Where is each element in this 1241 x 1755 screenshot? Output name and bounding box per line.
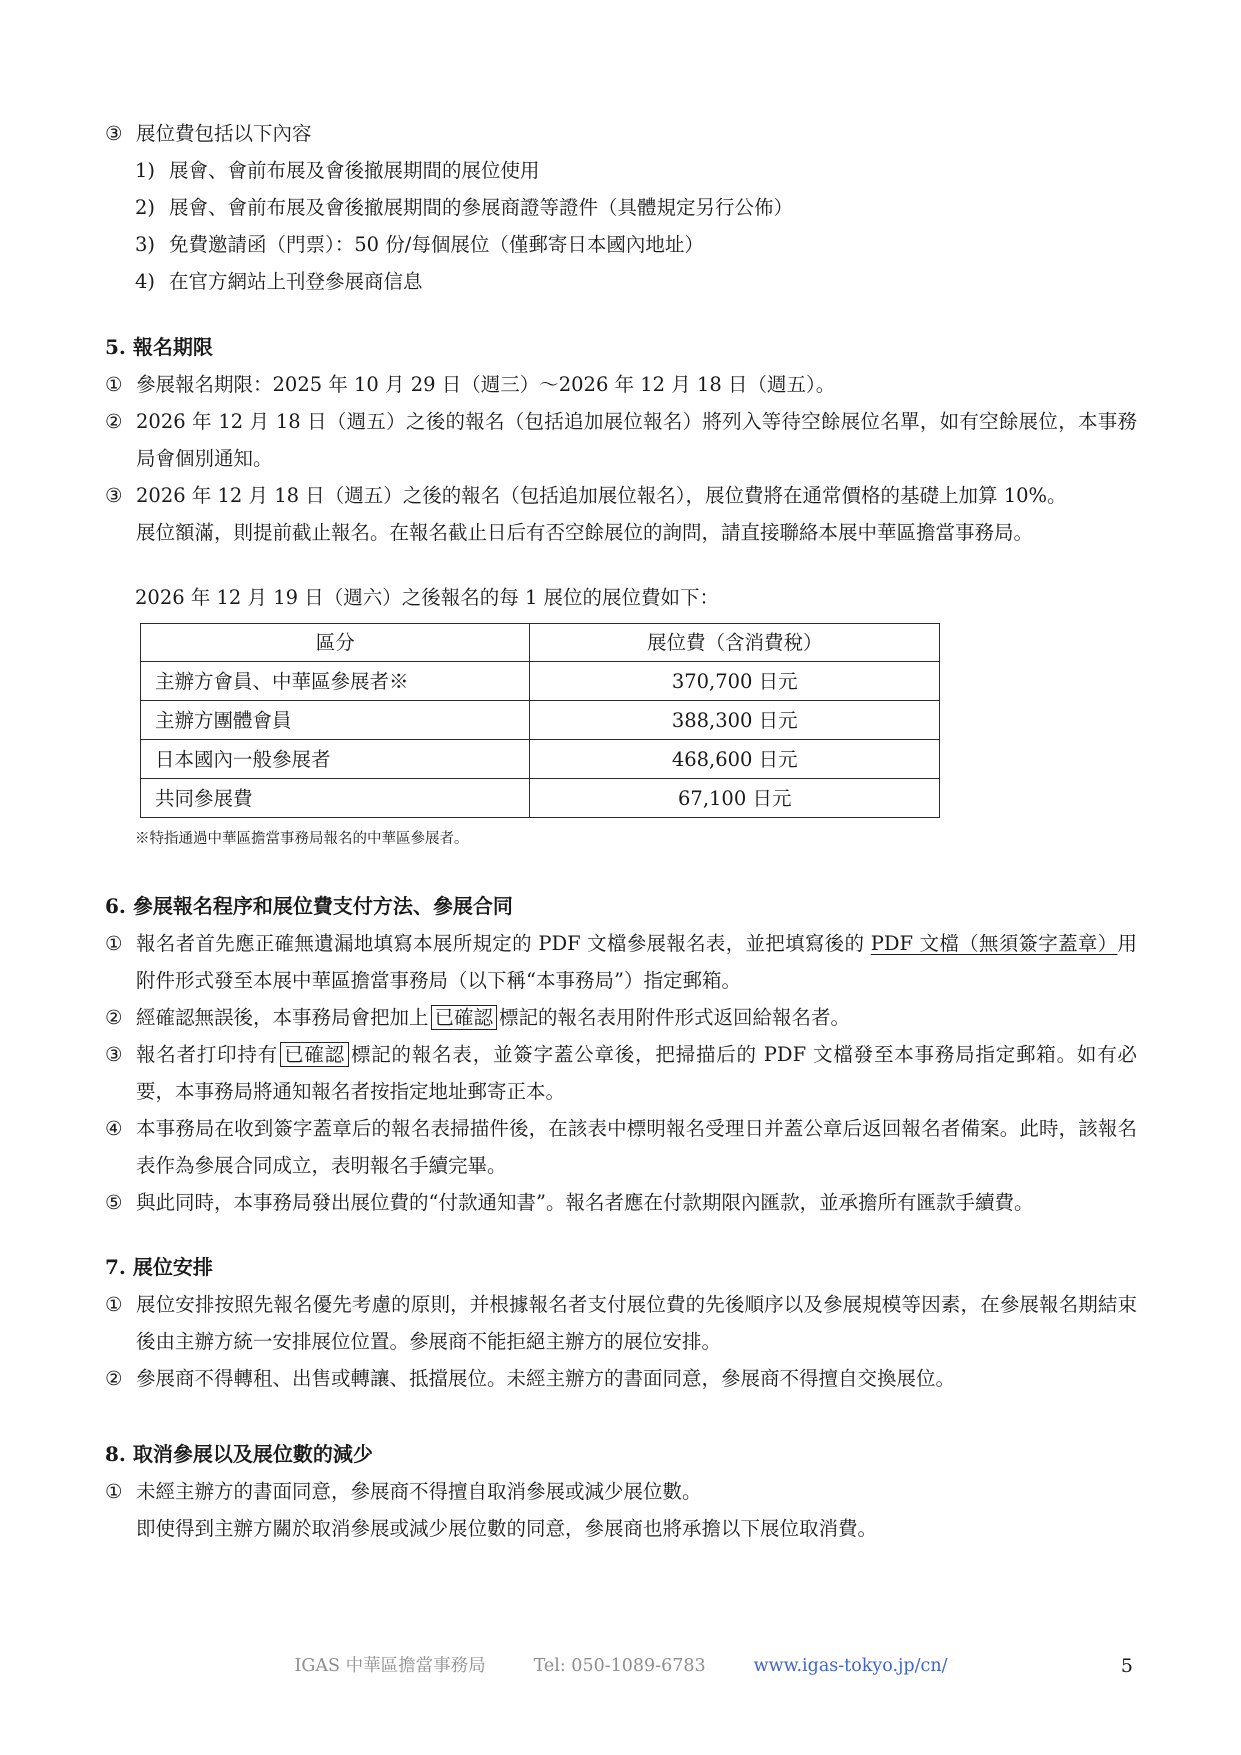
table-row: 主辦方會員、中華區參展者※ 370,700 日元 — [141, 662, 940, 701]
list-marker: 3) — [135, 226, 155, 263]
page-footer: IGAS 中華區擔當事務局 Tel: 050-1089-6783 www.iga… — [105, 1648, 1137, 1685]
circled-number-marker: ③ — [105, 1036, 122, 1073]
confirmed-stamp-box: 已確認 — [280, 1042, 349, 1067]
section-7-heading: 7. 展位安排 — [105, 1249, 1137, 1286]
list-item-text: 展會、會前布展及會後撤展期間的參展商證等證件（具體規定另行公佈） — [169, 196, 793, 219]
table-header-fee: 展位費（含消費稅） — [530, 624, 940, 662]
table-row: 共同參展費 67,100 日元 — [141, 779, 940, 818]
list-marker: 4) — [135, 263, 155, 300]
list-item: 3) 免費邀請函（門票）：50 份/每個展位（僅郵寄日本國內地址） — [135, 226, 1137, 263]
section-6-heading: 6. 參展報名程序和展位費支付方法、參展合同 — [105, 888, 1137, 925]
section-7-item-1: ① 展位安排按照先報名優先考慮的原則，并根據報名者支付展位費的先後順序以及參展規… — [105, 1286, 1137, 1360]
table-cell-fee: 370,700 日元 — [530, 662, 940, 701]
section-6-item-2-pre: 經確認無誤後，本事務局會把加上 — [136, 1006, 429, 1029]
section-8-item-1: ① 未經主辦方的書面同意，參展商不得擅自取消參展或減少展位數。 — [105, 1473, 1137, 1510]
section-6-item-1-pre: 報名者首先應正確無遺漏地填寫本展所規定的 PDF 文檔參展報名表，並把填寫後的 — [136, 932, 871, 955]
page-number: 5 — [1121, 1648, 1133, 1685]
table-header-category: 區分 — [141, 624, 530, 662]
fee-table-caption: 2026 年 12 月 19 日（週六）之後報名的每 1 展位的展位費如下： — [135, 579, 1137, 616]
section-5-extra-note: 展位額滿，則提前截止報名。在報名截止日后有否空餘展位的詢問，請直接聯絡本展中華區… — [105, 514, 1137, 551]
footer-website-link[interactable]: www.igas-tokyo.jp/cn/ — [754, 1648, 948, 1685]
list-item-text: 在官方網站上刊登參展商信息 — [169, 270, 423, 293]
circled-number-marker: ⑤ — [105, 1184, 122, 1221]
list-marker: 2) — [135, 189, 155, 226]
footer-office-name: IGAS 中華區擔當事務局 — [294, 1648, 485, 1685]
circled-number-marker: ① — [105, 1286, 122, 1323]
section-8-item-1-text: 未經主辦方的書面同意，參展商不得擅自取消參展或減少展位數。 — [136, 1480, 702, 1503]
section-6-item-5-text: 與此同時，本事務局發出展位費的“付款通知書”。報名者應在付款期限內匯款，並承擔所… — [136, 1191, 1033, 1214]
section-6-item-5: ⑤ 與此同時，本事務局發出展位費的“付款通知書”。報名者應在付款期限內匯款，並承… — [105, 1184, 1137, 1221]
section-6-item-3: ③ 報名者打印持有已確認標記的報名表，並簽字蓋公章後，把掃描后的 PDF 文檔發… — [105, 1036, 1137, 1110]
list-item-text: 免費邀請函（門票）：50 份/每個展位（僅郵寄日本國內地址） — [169, 233, 704, 256]
table-header-row: 區分 展位費（含消費稅） — [141, 624, 940, 662]
section-6-item-2-post: 標記的報名表用附件形式返回給報名者。 — [499, 1006, 850, 1029]
table-cell-category: 主辦方會員、中華區參展者※ — [141, 662, 530, 701]
circled-number-marker: ① — [105, 1473, 122, 1510]
table-cell-fee: 388,300 日元 — [530, 701, 940, 740]
confirmed-stamp-box: 已確認 — [431, 1005, 498, 1030]
list-item-text: 展會、會前布展及會後撤展期間的展位使用 — [169, 159, 540, 182]
section-6-item-4: ④ 本事務局在收到簽字蓋章后的報名表掃描件後，在該表中標明報名受理日并蓋公章后返… — [105, 1110, 1137, 1184]
section-8-heading: 8. 取消參展以及展位數的減少 — [105, 1436, 1137, 1473]
section-6-item-1: ① 報名者首先應正確無遺漏地填寫本展所規定的 PDF 文檔參展報名表，並把填寫後… — [105, 925, 1137, 999]
list-item: 4) 在官方網站上刊登參展商信息 — [135, 263, 1137, 300]
table-footnote: ※特指通過中華區擔當事務局報名的中華區參展者。 — [135, 827, 1137, 851]
footer-telephone: Tel: 050-1089-6783 — [534, 1648, 706, 1685]
section-5-item-3: ③ 2026 年 12 月 18 日（週五）之後的報名（包括追加展位報名），展位… — [105, 477, 1137, 514]
section-7-item-1-text: 展位安排按照先報名優先考慮的原則，并根據報名者支付展位費的先後順序以及參展規模等… — [136, 1293, 1137, 1353]
circled-number-marker: ① — [105, 925, 122, 962]
circled-number-marker: ② — [105, 1360, 122, 1397]
table-row: 主辦方團體會員 388,300 日元 — [141, 701, 940, 740]
section-6-item-4-text: 本事務局在收到簽字蓋章后的報名表掃描件後，在該表中標明報名受理日并蓋公章后返回報… — [136, 1117, 1137, 1177]
underlined-text: PDF 文檔（無須簽字蓋章） — [871, 932, 1118, 955]
list-item: 1) 展會、會前布展及會後撤展期間的展位使用 — [135, 152, 1137, 189]
section-7-item-2-text: 參展商不得轉租、出售或轉讓、抵擋展位。未經主辦方的書面同意，參展商不得擅自交換展… — [136, 1367, 955, 1390]
table-cell-category: 共同參展費 — [141, 779, 530, 818]
circled-number-marker: ④ — [105, 1110, 122, 1147]
section-5-item-1: ① 參展報名期限：2025 年 10 月 29 日（週三）～2026 年 12 … — [105, 366, 1137, 403]
list-marker: 1) — [135, 152, 155, 189]
circled-number-marker: ② — [105, 999, 122, 1036]
section-8-extra-note: 即使得到主辦方關於取消參展或減少展位數的同意，參展商也將承擔以下展位取消費。 — [105, 1510, 1137, 1547]
booth-fee-includes-sublist: 1) 展會、會前布展及會後撤展期間的展位使用 2) 展會、會前布展及會後撤展期間… — [105, 152, 1137, 300]
section-6-item-3-pre: 報名者打印持有 — [136, 1043, 278, 1066]
table-cell-fee: 468,600 日元 — [530, 740, 940, 779]
section-5-heading: 5. 報名期限 — [105, 329, 1137, 366]
booth-fee-includes-text: 展位費包括以下內容 — [136, 122, 312, 145]
circled-number-marker: ② — [105, 403, 122, 440]
booth-fee-table: 區分 展位費（含消費稅） 主辦方會員、中華區參展者※ 370,700 日元 主辦… — [140, 623, 940, 818]
section-5-item-1-text: 參展報名期限：2025 年 10 月 29 日（週三）～2026 年 12 月 … — [136, 373, 835, 396]
section-7-item-2: ② 參展商不得轉租、出售或轉讓、抵擋展位。未經主辦方的書面同意，參展商不得擅自交… — [105, 1360, 1137, 1397]
circled-number-marker: ③ — [105, 115, 122, 152]
section-5-item-2: ② 2026 年 12 月 18 日（週五）之後的報名（包括追加展位報名）將列入… — [105, 403, 1137, 477]
table-cell-category: 日本國內一般參展者 — [141, 740, 530, 779]
section-6-item-2: ② 經確認無誤後，本事務局會把加上已確認標記的報名表用附件形式返回給報名者。 — [105, 999, 1137, 1036]
table-cell-category: 主辦方團體會員 — [141, 701, 530, 740]
circled-number-marker: ① — [105, 366, 122, 403]
table-row: 日本國內一般參展者 468,600 日元 — [141, 740, 940, 779]
section-5-item-3-text: 2026 年 12 月 18 日（週五）之後的報名（包括追加展位報名），展位費將… — [136, 484, 1067, 507]
table-cell-fee: 67,100 日元 — [530, 779, 940, 818]
circled-number-marker: ③ — [105, 477, 122, 514]
booth-fee-includes-item: ③ 展位費包括以下內容 — [105, 115, 1137, 152]
section-5-item-2-text: 2026 年 12 月 18 日（週五）之後的報名（包括追加展位報名）將列入等待… — [136, 410, 1137, 470]
document-body: ③ 展位費包括以下內容 1) 展會、會前布展及會後撤展期間的展位使用 2) 展會… — [105, 0, 1137, 1547]
list-item: 2) 展會、會前布展及會後撤展期間的參展商證等證件（具體規定另行公佈） — [135, 189, 1137, 226]
